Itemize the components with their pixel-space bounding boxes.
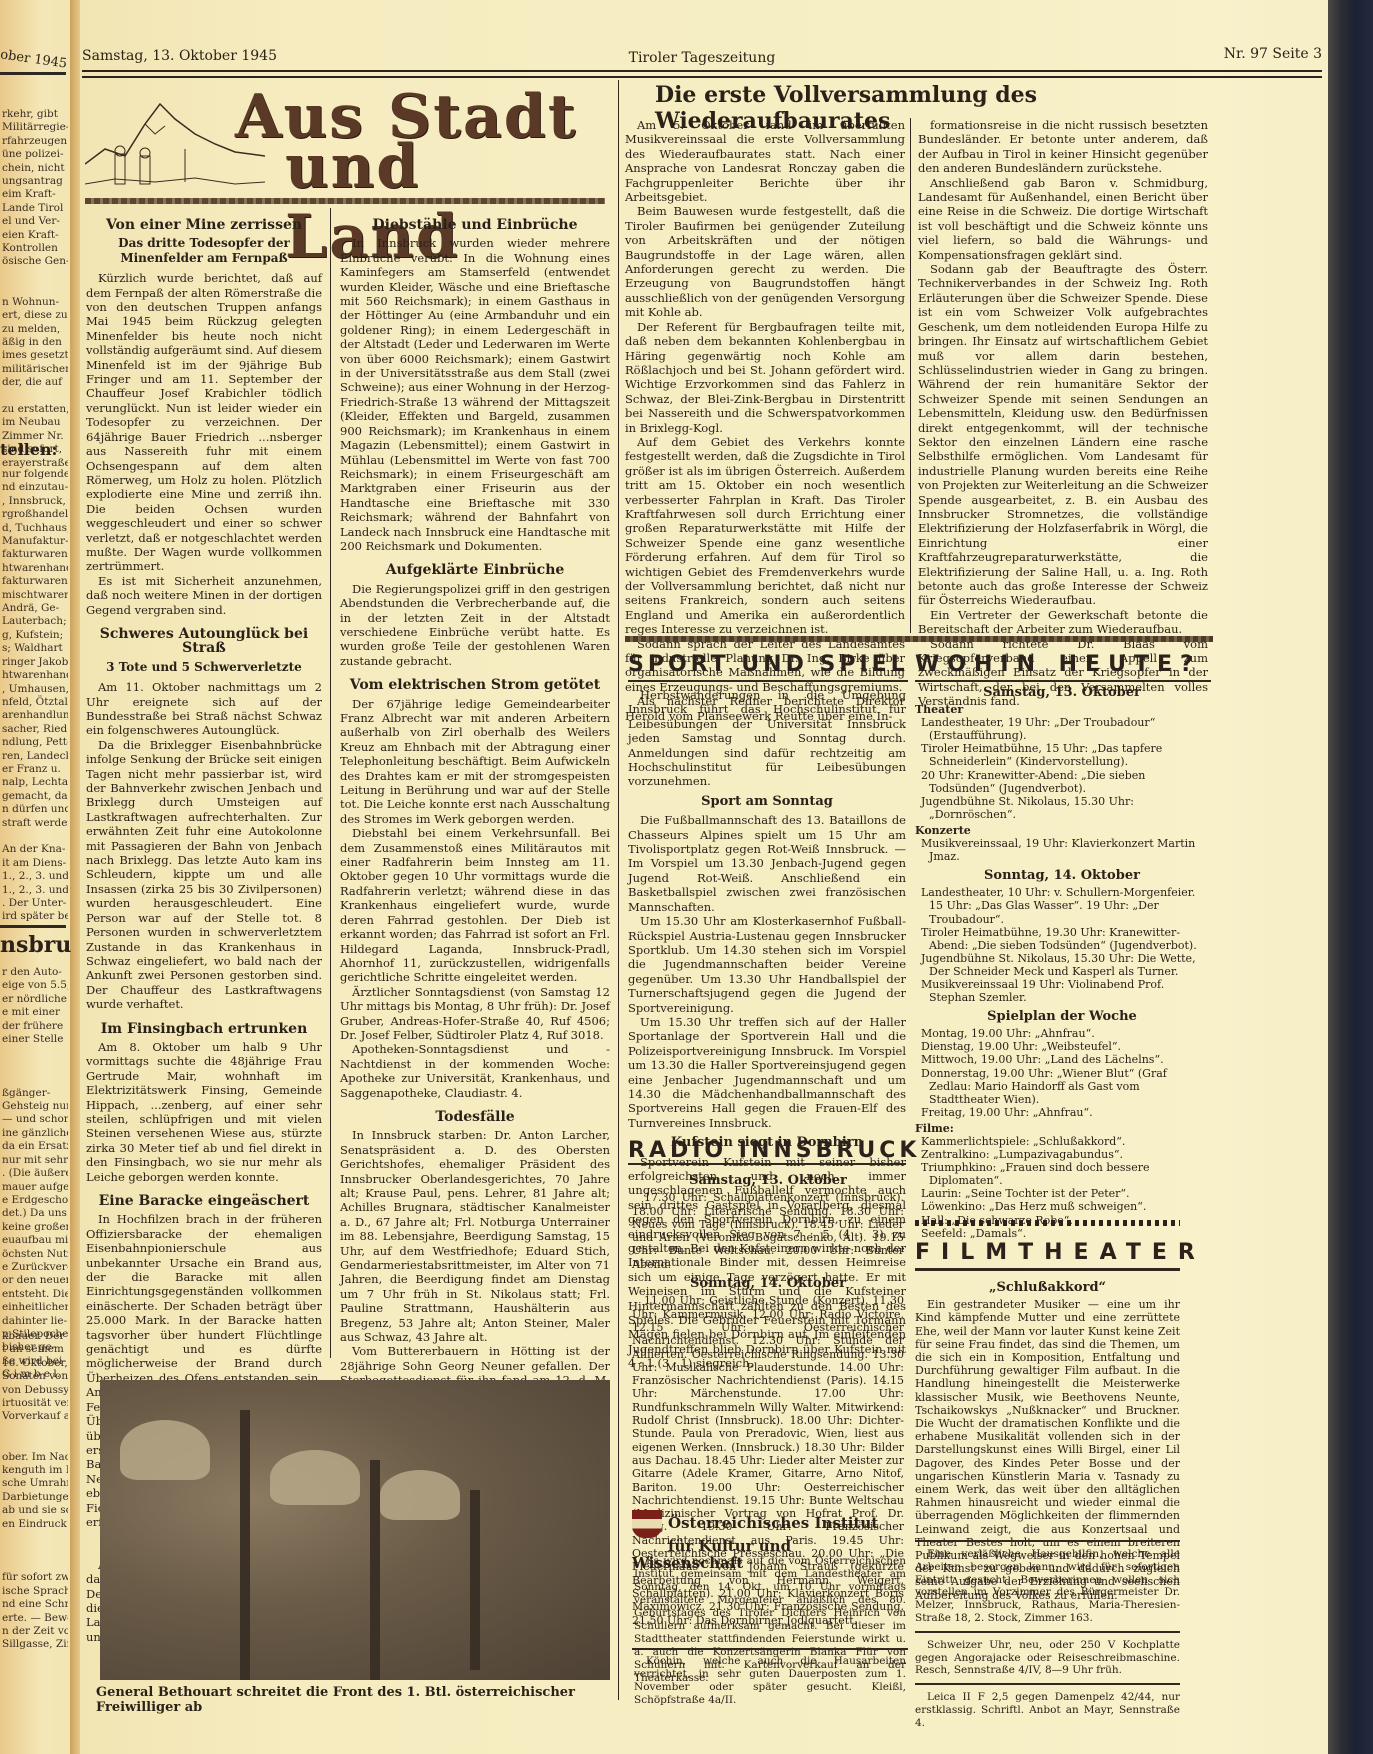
event-item: Freitag, 19.00 Uhr: „Ahnfrau“.	[915, 1106, 1209, 1119]
article-paragraph: In Innsbruck starben: Dr. Anton Larcher,…	[340, 1128, 610, 1344]
photo-soldiers	[100, 1380, 610, 1680]
newspaper-title: Tiroler Tageszeitung	[82, 50, 1322, 66]
event-item: Musikvereinssaal 19 Uhr: Violinabend Pro…	[915, 978, 1209, 1004]
event-item: Musikvereinssaal, 19 Uhr: Klavierkonzert…	[915, 837, 1209, 863]
wohin-banner: WOHIN HEUTE?	[915, 652, 1201, 677]
previous-page-fragment: ober 1945 rkehr, gibt Militärregie- rfah…	[0, 0, 72, 1754]
radio-day: Samstag, 13. Oktober	[632, 1174, 904, 1187]
classified-text: Köchin, welche auch die Hausarbeiten ver…	[634, 1655, 906, 1707]
article-paragraph: Anschließend gab Baron v. Schmidburg, La…	[918, 176, 1208, 262]
event-item: Zentralkino: „Lumpazivagabundus“.	[915, 1148, 1209, 1161]
article-subtitle: 3 Tote und 5 Schwerverletzte	[86, 660, 322, 674]
event-item: Landestheater, 10 Uhr: v. Schullern-Morg…	[915, 886, 1209, 925]
divider	[0, 925, 66, 928]
article-paragraph: In Innsbruck wurden wieder mehrere Einbr…	[340, 236, 610, 553]
main-article-col-2: formationsreise in die nicht russisch be…	[918, 118, 1208, 709]
divider	[0, 72, 66, 75]
article-paragraph: Diebstahl bei einem Verkehrsunfall. Bei …	[340, 826, 610, 984]
radio-day: Sonntag, 14. Oktober	[632, 1277, 904, 1290]
divider	[915, 1540, 1180, 1542]
sport-banner: SPORT UND SPIEL	[628, 652, 909, 677]
event-item: Donnerstag, 19.00 Uhr: „Wiener Blut“ (Gr…	[915, 1067, 1209, 1106]
event-item: Tiroler Heimatbühne, 15 Uhr: „Das tapfer…	[915, 742, 1209, 768]
filmtheater-banner: FILMTHEATER	[915, 1240, 1206, 1265]
event-item: Montag, 19.00 Uhr: „Ahnfrau“.	[915, 1027, 1209, 1040]
article-paragraph: Am 5. Oktober fand im überfüllten Musikv…	[625, 118, 905, 204]
event-item: Landestheater, 19 Uhr: „Der Troubadour“ …	[915, 716, 1209, 742]
banner-underline	[915, 1268, 1180, 1271]
article-paragraph: Sodann gab der Beauftragte des Österr. T…	[918, 262, 1208, 608]
event-item: Triumphkino: „Frauen sind doch bessere D…	[915, 1161, 1209, 1187]
divider	[632, 1648, 908, 1650]
classified-ad: Leica II F 2,5 gegen Damenpelz 42/44, nu…	[915, 1691, 1180, 1735]
article-paragraph: formationsreise in die nicht russisch be…	[918, 118, 1208, 176]
article-paragraph: Es ist mit Sicherheit anzunehmen, daß no…	[86, 574, 322, 617]
masthead-rule	[82, 70, 1322, 78]
photo-caption: General Bethouart schreitet die Front de…	[96, 1685, 616, 1715]
page-number: Nr. 97 Seite 3	[1224, 46, 1322, 62]
article-paragraph: Beim Bauwesen wurde festgestellt, daß di…	[625, 204, 905, 319]
event-item: Jugendbühne St. Nikolaus, 15.30 Uhr: „Do…	[915, 795, 1209, 821]
article-paragraph: Am 8. Oktober um halb 9 Uhr vormittags s…	[86, 1040, 322, 1184]
previous-page-text: rkehr, gibt Militärregie- rfahrzeugen ün…	[2, 108, 68, 470]
event-category: Theater	[915, 703, 1209, 716]
event-item: Seefeld: „Damals“.	[915, 1227, 1209, 1240]
column-divider	[910, 118, 911, 633]
classified-ad: Schweizer Uhr, neu, oder 250 V Kochplatt…	[915, 1639, 1180, 1685]
article-paragraph: Ärztlicher Sonntagsdienst (von Samstag 1…	[340, 985, 610, 1043]
classified-ad: Eine verläßliche Hausgehilfin, welche al…	[915, 1548, 1180, 1633]
article-paragraph: Der Referent für Bergbaufragen teilte mi…	[625, 320, 905, 435]
institut-banner-line-1: Österreichisches Institut	[668, 1514, 878, 1532]
event-item: Mittwoch, 19.00 Uhr: „Land des Lächelns“…	[915, 1053, 1209, 1066]
previous-page-header: ober 1945	[0, 47, 68, 71]
article-paragraph: Um 15.30 Uhr am Klosterkasernhof Fußball…	[628, 914, 906, 1015]
sport-subheading: Sport am Sonntag	[628, 795, 906, 809]
event-day: Samstag, 13. Oktober	[915, 686, 1209, 699]
article-title: Aufgeklärte Einbrüche	[340, 563, 610, 577]
sport-intro: Herbstwanderungen in die Umgebung Innsbr…	[628, 688, 906, 789]
event-item: Dienstag, 19.00 Uhr: „Weibsteufel“.	[915, 1040, 1209, 1053]
previous-page-text: r den Auto- eige von 5.5, er nördliche e…	[2, 966, 68, 1382]
article-paragraph: Kürzlich wurde berichtet, daß auf dem Fe…	[86, 271, 322, 574]
event-item: Laurin: „Seine Tochter ist der Peter“.	[915, 1187, 1209, 1200]
article-paragraph: Um 15.30 Uhr treffen sich auf der Haller…	[628, 1015, 906, 1130]
binding-spine	[1328, 0, 1373, 1754]
event-item: Jugendbühne St. Nikolaus, 15.30 Uhr: Die…	[915, 952, 1209, 978]
article-paragraph: Auf dem Gebiet des Verkehrs konnte festg…	[625, 435, 905, 637]
article-paragraph: Da die Brixlegger Eisenbahnbrücke infolg…	[86, 738, 322, 1012]
article-paragraph: Apotheken-Sonntagsdienst und -Nachtdiens…	[340, 1042, 610, 1100]
column-divider	[330, 208, 331, 1358]
article-paragraph: Die Regierungspolizei griff in den gestr…	[340, 582, 610, 668]
austrian-crest-icon	[632, 1510, 662, 1538]
section-banner: Aus Stadt und Land	[85, 88, 605, 198]
article-subtitle: Das dritte Todesopfer der Minenfelder am…	[86, 236, 322, 265]
previous-page-heading: nsbruck	[0, 932, 72, 958]
event-day: Sonntag, 14. Oktober	[915, 869, 1209, 882]
radio-schedule: 17.30 Uhr: Schallplattenkonzert (Innsbru…	[632, 1191, 904, 1271]
article-title: Eine Baracke eingeäschert	[86, 1194, 322, 1208]
classified-ad: Köchin, welche auch die Hausarbeiten ver…	[634, 1655, 906, 1707]
article-title: Von einer Mine zerrissen	[86, 218, 322, 232]
article-title: Vom elektrischen Strom getötet	[340, 678, 610, 692]
article-title: Im Finsingbach ertrunken	[86, 1022, 322, 1036]
column-divider	[618, 80, 619, 1700]
event-item: Kammerlichtspiele: „Schlußakkord“.	[915, 1135, 1209, 1148]
event-category: Konzerte	[915, 824, 1209, 837]
event-item: Löwenkino: „Das Herz muß schweigen“.	[915, 1200, 1209, 1213]
article-title: Diebstähle und Einbrüche	[340, 218, 610, 232]
event-day: Spielplan der Woche	[915, 1010, 1209, 1023]
wavy-divider	[915, 1220, 1180, 1226]
events-listing: Samstag, 13. OktoberTheaterLandestheater…	[915, 680, 1209, 1240]
article-title: Todesfälle	[340, 1110, 610, 1124]
classified-ads: Eine verläßliche Hausgehilfin, welche al…	[915, 1548, 1180, 1742]
event-item: Tiroler Heimatbühne, 19.30 Uhr: Kranewit…	[915, 926, 1209, 952]
banner-underline	[628, 1163, 906, 1165]
event-category: Filme:	[915, 1122, 1209, 1135]
radio-banner: RADIO INNSBRUCK	[628, 1138, 920, 1163]
banner-rule	[85, 198, 605, 204]
previous-page-heading: tellen:	[0, 440, 57, 459]
film-title: „Schlußakkord“	[915, 1281, 1180, 1294]
banner-underline	[628, 680, 908, 682]
section-divider	[625, 636, 1213, 642]
article-paragraph: Am 11. Oktober nachmittags um 2 Uhr erei…	[86, 680, 322, 738]
previous-page-text: nur folgende nd einzutau- , Innsbruck, r…	[2, 468, 68, 924]
event-item: 20 Uhr: Kranewitter-Abend: „Die sieben T…	[915, 769, 1209, 795]
previous-page-text: kbauer. Der t an seinem 16. Oktober, Son…	[2, 1330, 68, 1652]
article-title: Schweres Autounglück bei Straß	[86, 627, 322, 656]
article-paragraph: Ein Vertreter der Gewerkschaft betonte d…	[918, 608, 1208, 637]
article-paragraph: Der 67jährige ledige Gemeindearbeiter Fr…	[340, 697, 610, 827]
column-middle: Diebstähle und EinbrücheIn Innsbruck wur…	[340, 208, 610, 1489]
article-paragraph: Die Fußballmannschaft des 13. Bataillons…	[628, 813, 906, 914]
main-article-col-1: Am 5. Oktober fand im überfüllten Musikv…	[625, 118, 905, 723]
